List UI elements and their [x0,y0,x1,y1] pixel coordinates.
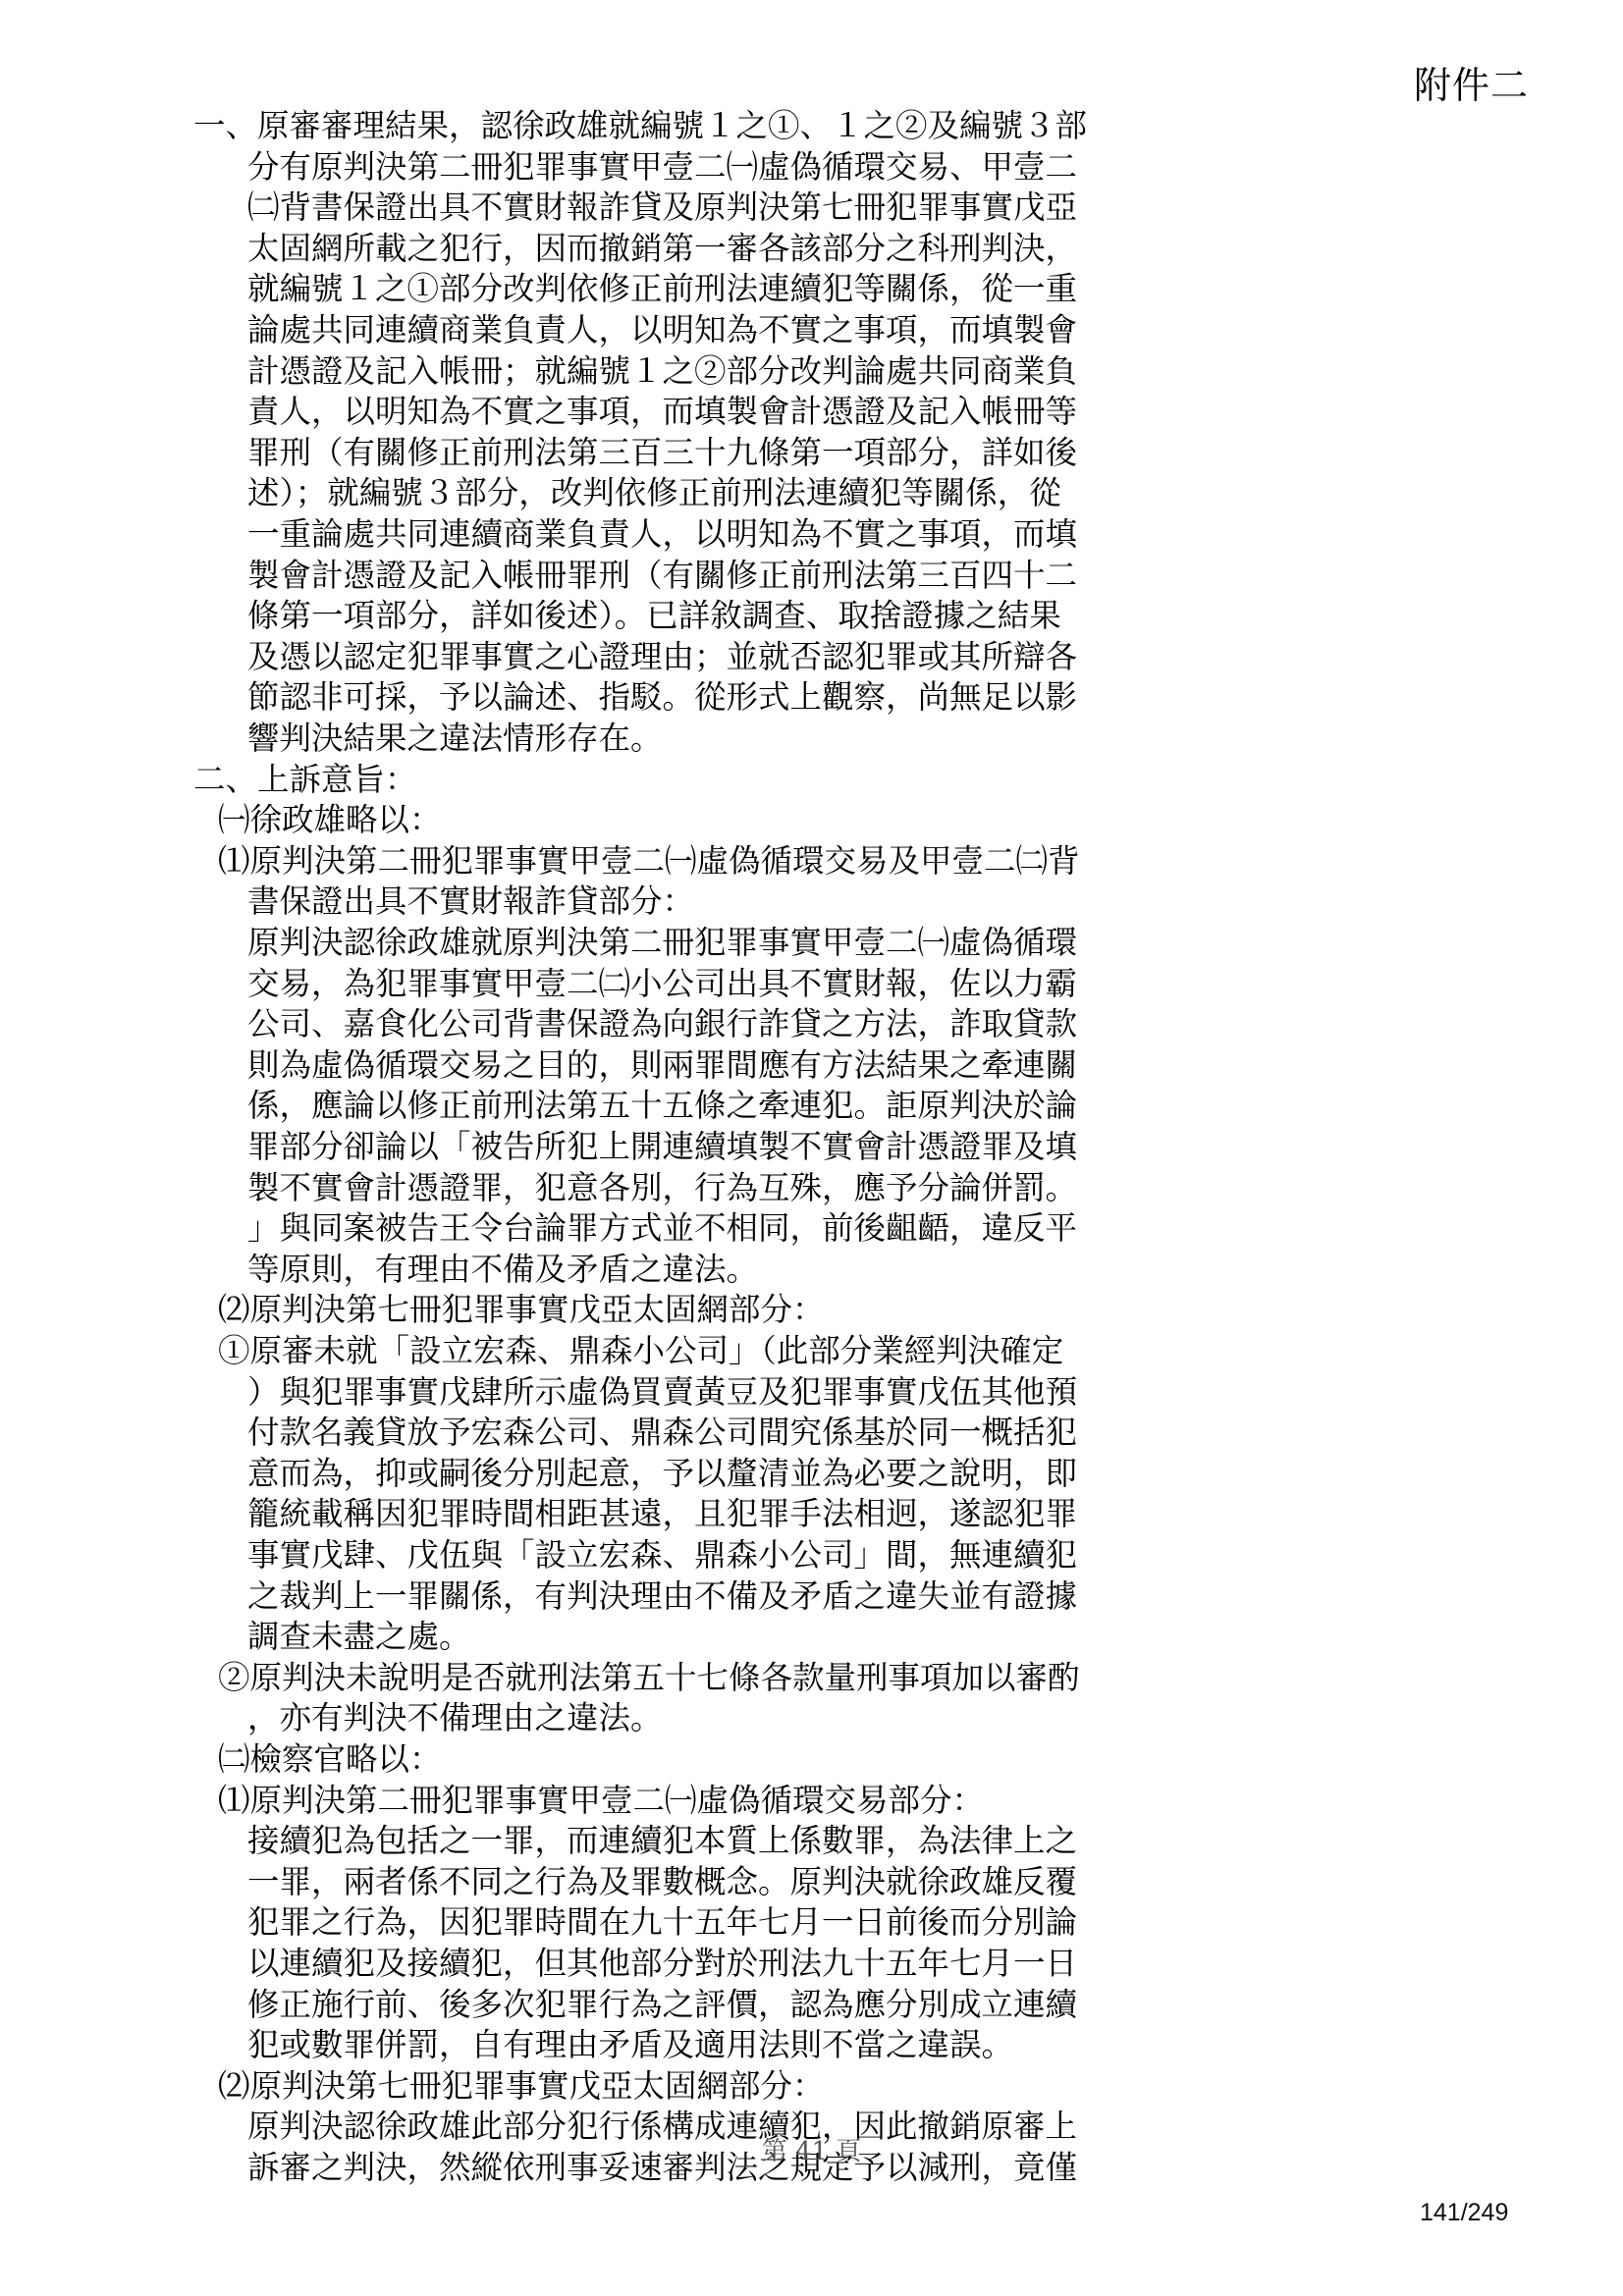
text-line: 節認非可採，予以論述、指駁。從形式上觀察，尚無足以影 [247,677,1077,717]
page-number: 第 41 頁 [0,2131,1623,2167]
text-line: 製會計憑證及記入帳冊罪刑（有關修正前刑法第三百四十二 [247,556,1077,595]
text-line: 以連續犯及接續犯，但其他部分對於刑法九十五年七月一日 [247,1944,1077,1983]
text-line: 論處共同連續商業負責人，以明知為不實之事項，而填製會 [247,310,1077,349]
text-line: ）與犯罪事實戊肆所示虛偽買賣黃豆及犯罪事實戊伍其他預 [247,1372,1077,1412]
text-line: 一重論處共同連續商業負責人，以明知為不實之事項，而填 [247,514,1077,554]
text-line: 之裁判上一罪關係，有判決理由不備及矛盾之違失並有證據 [247,1576,1077,1616]
text-line: 交易，為犯罪事實甲壹二㈡小公司出具不實財報，佐以力霸 [247,964,1077,1003]
text-line: ，亦有判決不備理由之違法。 [247,1698,663,1737]
page-count: 141/249 [1420,2199,1508,2227]
text-line: 籠統載稱因犯罪時間相距甚遠，且犯罪手法相迥，遂認犯罪 [247,1494,1077,1533]
text-line: 計憑證及記入帳冊；就編號１之②部分改判論處共同商業負 [247,351,1077,391]
text-line: 及憑以認定犯罪事實之心證理由；並就否認犯罪或其所辯各 [247,637,1077,676]
text-line: 意而為，抑或嗣後分別起意，予以釐清並為必要之說明，即 [247,1454,1077,1493]
text-line: 分有原判決第二冊犯罪事實甲壹二㈠虛偽循環交易、甲壹二 [247,147,1077,187]
text-line: ⑴原判決第二冊犯罪事實甲壹二㈠虛偽循環交易部分： [218,1781,984,1820]
text-line: 罪部分卻論以「被告所犯上開連續填製不實會計憑證罪及填 [247,1127,1077,1166]
text-line: 製不實會計憑證罪，犯意各別，行為互殊，應予分論併罰。 [247,1168,1077,1207]
text-line: 就編號１之①部分改判依修正前刑法連續犯等關係，從一重 [247,269,1077,308]
text-line: ②原判決未說明是否就刑法第五十七條各款量刑事項加以審酌 [218,1658,1080,1697]
text-line: 調查未盡之處。 [247,1617,471,1656]
text-line: 一、原審審理結果，認徐政雄就編號１之①、１之②及編號３部 [193,106,1087,145]
attachment-label: 附件二 [1414,55,1529,109]
text-line: 犯罪之行為，因犯罪時間在九十五年七月一日前後而分別論 [247,1902,1077,1942]
text-line: ㈡檢察官略以： [218,1739,442,1779]
text-line: 係，應論以修正前刑法第五十五條之牽連犯。詎原判決於論 [247,1086,1077,1125]
text-line: 原判決認徐政雄就原判決第二冊犯罪事實甲壹二㈠虛偽循環 [247,923,1077,962]
text-line: 等原則，有理由不備及矛盾之違法。 [247,1250,758,1289]
text-line: 一罪，兩者係不同之行為及罪數概念。原判決就徐政雄反覆 [247,1862,1077,1901]
text-line: 響判決結果之違法情形存在。 [247,719,663,758]
text-line: 則為虛偽循環交易之目的，則兩罪間應有方法結果之牽連關 [247,1045,1077,1085]
text-line: 太固網所載之犯行，因而撤銷第一審各該部分之科刑判決， [247,229,1077,268]
text-line: ⑵原判決第七冊犯罪事實戊亞太固網部分： [218,1290,825,1329]
text-line: 罪刑（有關修正前刑法第三百三十九條第一項部分，詳如後 [247,433,1077,472]
text-line: 公司、嘉食化公司背書保證為向銀行詐貸之方法，詐取貸款 [247,1004,1077,1043]
text-line: ㈡背書保證出具不實財報詐貸及原判決第七冊犯罪事實戊亞 [247,187,1077,227]
text-line: 事實戊肆、戊伍與「設立宏森、鼎森小公司」間，無連續犯 [247,1535,1077,1575]
text-line: 責人，以明知為不實之事項，而填製會計憑證及記入帳冊等 [247,392,1077,431]
text-line: 二、上訴意旨： [193,760,417,799]
text-line: ⑵原判決第七冊犯罪事實戊亞太固網部分： [218,2066,825,2106]
text-line: 」與同案被告王令台論罪方式並不相同，前後齟齬，違反平 [247,1208,1077,1248]
text-line: ①原審未就「設立宏森、鼎森小公司」（此部分業經判決確定 [218,1331,1063,1370]
text-line: 述）；就編號３部分，改判依修正前刑法連續犯等關係，從 [247,473,1061,512]
text-line: 條第一項部分，詳如後述）。已詳敘調查、取捨證據之結果 [247,596,1061,635]
text-line: 接續犯為包括之一罪，而連續犯本質上係數罪，為法律上之 [247,1821,1077,1860]
text-line: 修正施行前、後多次犯罪行為之評價，認為應分別成立連續 [247,1985,1077,2024]
text-line: 犯或數罪併罰，自有理由矛盾及適用法則不當之違誤。 [247,2025,1013,2064]
text-line: ㈠徐政雄略以： [218,800,442,839]
text-line: 書保證出具不實財報詐貸部分： [247,881,694,921]
text-line: ⑴原判決第二冊犯罪事實甲壹二㈠虛偽循環交易及甲壹二㈡背 [218,841,1080,881]
text-line: 付款名義貸放予宏森公司、鼎森公司間究係基於同一概括犯 [247,1413,1077,1452]
